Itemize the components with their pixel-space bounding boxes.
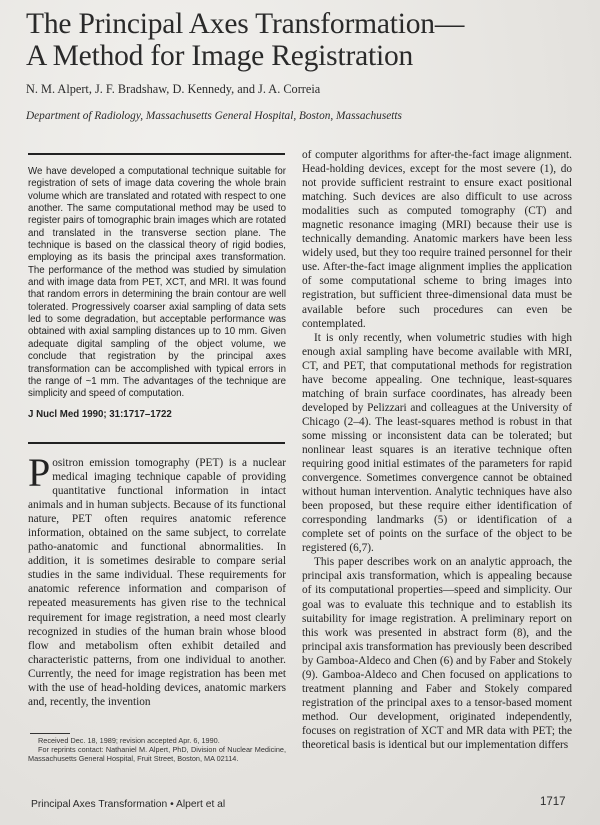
journal-citation: J Nucl Med 1990; 31:1717–1722 bbox=[28, 409, 172, 420]
journal-page: The Principal Axes Transformation— A Met… bbox=[0, 0, 600, 825]
intro-paragraph-3: This paper describes work on an analytic… bbox=[302, 555, 572, 752]
article-title: The Principal Axes Transformation— A Met… bbox=[26, 8, 586, 72]
abstract-bottom-rule bbox=[28, 442, 285, 444]
title-line-2: A Method for Image Registration bbox=[26, 40, 413, 72]
intro-paragraph-1: ositron emission tomography (PET) is a n… bbox=[28, 456, 286, 709]
body-column-right: of computer algorithms for after-the-fac… bbox=[302, 148, 572, 752]
body-column-left: P ositron emission tomography (PET) is a… bbox=[28, 456, 286, 709]
intro-paragraph-2: It is only recently, when volumetric stu… bbox=[302, 331, 572, 556]
footnote-rule bbox=[30, 733, 70, 734]
page-number: 1717 bbox=[540, 796, 566, 808]
abstract-top-rule bbox=[28, 153, 285, 155]
drop-cap: P bbox=[28, 458, 50, 488]
received-note: Received Dec. 18, 1989; revision accepte… bbox=[28, 736, 286, 745]
footnotes: Received Dec. 18, 1989; revision accepte… bbox=[28, 736, 286, 764]
affiliation: Department of Radiology, Massachusetts G… bbox=[26, 110, 402, 122]
running-head: Principal Axes Transformation • Alpert e… bbox=[31, 799, 225, 810]
title-line-1: The Principal Axes Transformation— bbox=[26, 8, 464, 40]
author-list: N. M. Alpert, J. F. Bradshaw, D. Kennedy… bbox=[26, 82, 320, 97]
abstract-text: We have developed a computational techni… bbox=[28, 166, 286, 401]
reprints-note: For reprints contact: Nathaniel M. Alper… bbox=[28, 745, 286, 763]
intro-paragraph-1-continued: of computer algorithms for after-the-fac… bbox=[302, 148, 572, 331]
